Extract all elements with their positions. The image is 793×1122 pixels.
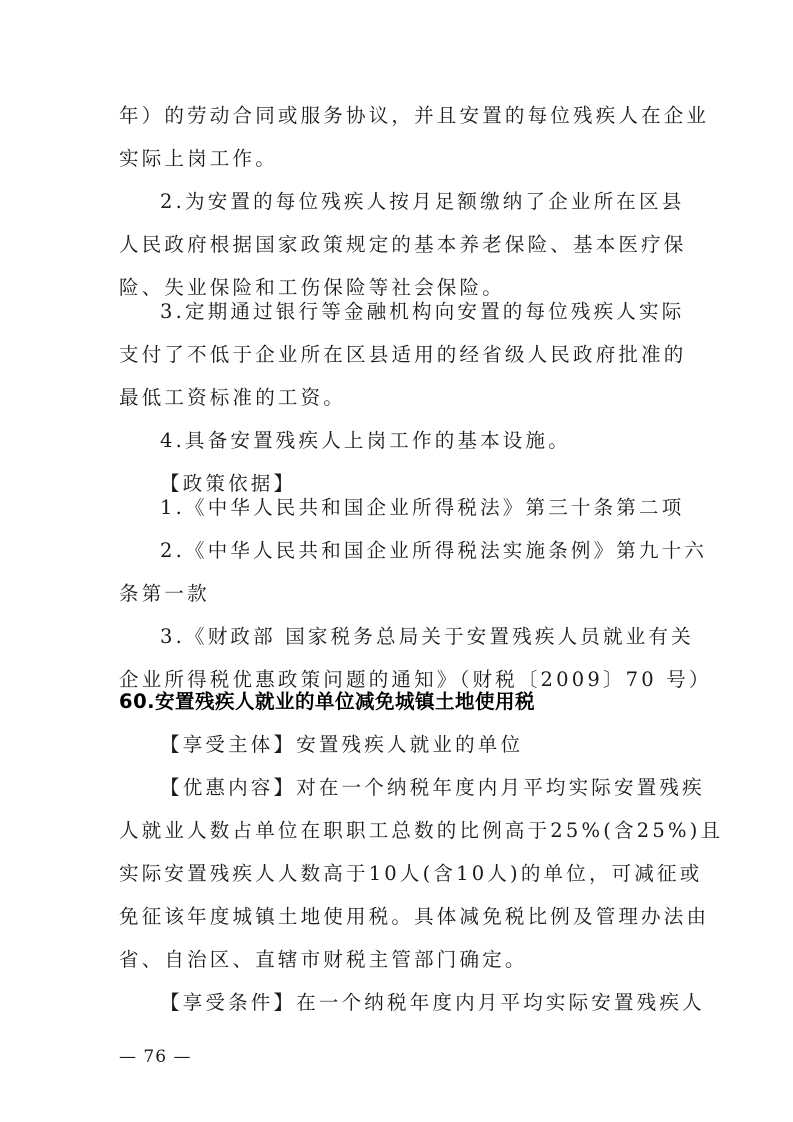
body-line: 实际安置残疾人人数高于10人(含10人)的单位，可减征或 — [119, 862, 675, 886]
body-line: 省、自治区、直辖市财税主管部门确定。 — [119, 948, 675, 972]
document-page: 年）的劳动合同或服务协议，并且安置的每位残疾人在企业 实际上岗工作。 2.为安置… — [0, 0, 793, 1122]
body-line: 1.《中华人民共和国企业所得税法》第三十条第二项 — [160, 496, 675, 520]
body-line: 4.具备安置残疾人上岗工作的基本设施。 — [160, 429, 675, 453]
body-line: 3.《财政部 国家税务总局关于安置残疾人员就业有关 — [160, 625, 675, 649]
body-line: 2.为安置的每位残疾人按月足额缴纳了企业所在区县 — [160, 190, 675, 214]
section-label-benefit-content: 【优惠内容】对在一个纳税年度内月平均实际安置残疾 — [160, 776, 675, 800]
body-line: 最低工资标准的工资。 — [119, 386, 675, 410]
body-line: 2.《中华人民共和国企业所得税法实施条例》第九十六 — [160, 539, 675, 563]
body-line: 支付了不低于企业所在区县适用的经省级人民政府批准的 — [119, 343, 675, 367]
body-line: 人民政府根据国家政策规定的基本养老保险、基本医疗保 — [119, 233, 675, 257]
section-label-beneficiary: 【享受主体】安置残疾人就业的单位 — [160, 733, 675, 757]
section-label-policy-basis: 【政策依据】 — [160, 472, 675, 496]
body-line: 年）的劳动合同或服务协议，并且安置的每位残疾人在企业 — [119, 104, 675, 128]
body-line: 企业所得税优惠政策问题的通知》（财税〔2009〕70 号） — [119, 668, 675, 692]
section-heading: 60.安置残疾人就业的单位减免城镇土地使用税 — [119, 690, 535, 714]
body-line: 人就业人数占单位在职职工总数的比例高于25%(含25%)且 — [119, 819, 675, 843]
body-line: 实际上岗工作。 — [119, 147, 675, 171]
body-line: 险、失业保险和工伤保险等社会保险。 — [119, 276, 675, 300]
section-label-conditions: 【享受条件】在一个纳税年度内月平均实际安置残疾人 — [160, 991, 675, 1015]
body-line: 免征该年度城镇土地使用税。具体减免税比例及管理办法由 — [119, 905, 675, 929]
body-line: 条第一款 — [119, 582, 675, 606]
page-number: — 76 — — [119, 1046, 191, 1068]
body-line: 3.定期通过银行等金融机构向安置的每位残疾人实际 — [160, 300, 675, 324]
